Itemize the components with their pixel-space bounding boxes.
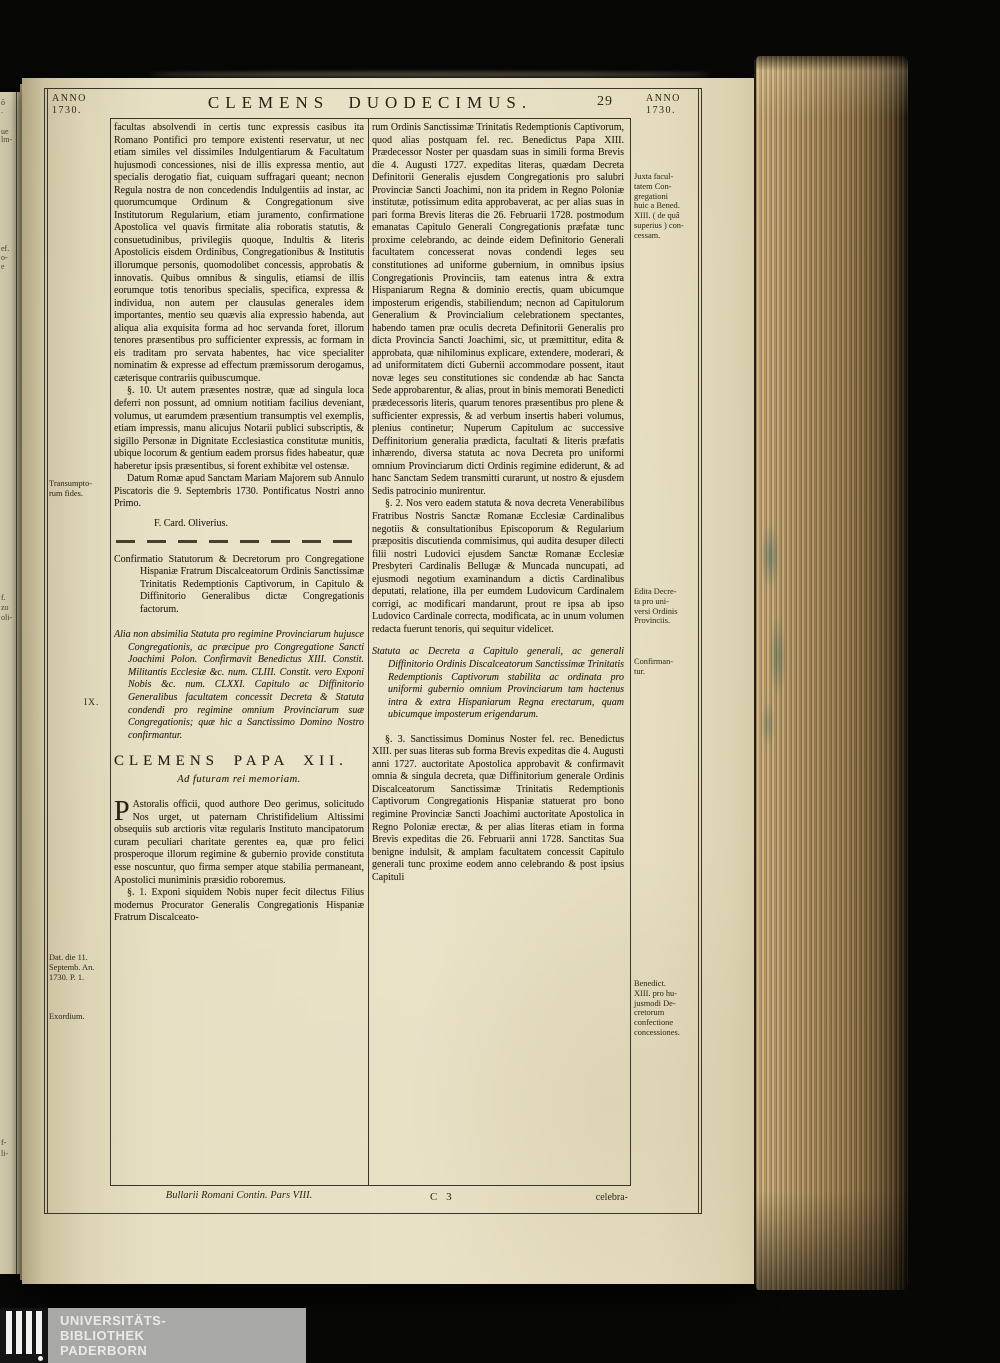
paragraph-dateline: Datum Romæ apud Sanctam Mariam Majorem s… (114, 473, 364, 511)
anno-left: ANNO 1730. (52, 93, 87, 117)
logo-line-3: PADERBORN (60, 1343, 166, 1358)
facing-page-fragment: li- (1, 1149, 18, 1158)
page-top-edge-highlight (150, 72, 710, 77)
facing-page-fragment: f. (1, 593, 18, 602)
left-column: facultas absolvendi in certis tunc expre… (114, 122, 364, 1184)
margin-note: Dat. die 11. Septemb. An. 1730. P. 1. (49, 953, 107, 982)
facing-page-strip: ō.uelm-ef.o-ef.zooli-f-li- (0, 92, 20, 1274)
outer-frame-top-rule (44, 88, 702, 89)
facing-page-fragment: o- (1, 253, 18, 262)
facing-page-fragment: f- (1, 1138, 18, 1147)
page-number: 29 (597, 94, 613, 110)
section-divider (116, 540, 362, 543)
library-logo: UNIVERSITÄTS- BIBLIOTHEK PADERBORN (0, 1308, 306, 1363)
volume-signature: Bullarii Romani Contin. Pars VIII. (114, 1190, 364, 1201)
paragraph-continuation: rum Ordinis Sanctissimæ Trinitatis Redem… (372, 122, 624, 498)
statuta-heading: Statuta ac Decreta a Capitulo generali, … (372, 646, 624, 721)
section-ix-heading: Confirmatio Statutorum & Decretorum pro … (114, 554, 364, 617)
margin-note: Transumpto- rum fides. (49, 479, 107, 499)
outer-frame-left-rule-inner (47, 88, 48, 1214)
margin-note: IX. (84, 699, 108, 709)
margin-note: Juxta facul- tatem Con- gregationi huic … (634, 172, 698, 241)
memoriam-line: Ad futuram rei memoriam. (114, 774, 364, 787)
margin-note: Edita Decre- ta pro uni- versi Ordinis P… (634, 587, 698, 626)
signature-line: F. Card. Oliverius. (114, 518, 364, 531)
paragraph-continuation: facultas absolvendi in certis tunc expre… (114, 122, 364, 385)
outer-frame-left-rule (44, 88, 45, 1214)
facing-page-fragment: oli- (1, 613, 18, 622)
facing-page-fragment: ef. (1, 244, 18, 253)
margin-note: Exordium. (49, 1012, 107, 1022)
textbox-right-rule (630, 118, 631, 1185)
editorial-summary: Alia non absimilia Statuta pro regimine … (114, 629, 364, 742)
gathering-mark: C 3 (430, 1191, 455, 1203)
paragraph-section-1: §. 1. Exponi siquidem Nobis nuper fecit … (114, 887, 364, 925)
margin-note: Confirman- tur. (634, 657, 698, 677)
textbox-top-rule (110, 118, 631, 119)
scanned-book-page-viewer: { "palette":{"paper":"#e9e1c6","ink":"#2… (0, 0, 1000, 1363)
running-title: CLEMENS DUODECIMUS. (110, 93, 630, 113)
anno-right: ANNO 1730. (646, 93, 681, 117)
logo-line-2: BIBLIOTHEK (60, 1328, 166, 1343)
textbox-bottom-rule (110, 1185, 631, 1186)
book-fore-edge (756, 56, 908, 1290)
paragraph-section-2: §. 2. Nos vero eadem statuta & nova decr… (372, 498, 624, 636)
catchword: celebra- (556, 1192, 628, 1203)
outer-frame-right-rule (701, 88, 702, 1214)
logo-line-1: UNIVERSITÄTS- (60, 1313, 166, 1328)
drop-cap-initial: P (114, 799, 133, 823)
paragraph-exordium: PAstoralis officii, quod authore Deo ger… (114, 799, 364, 887)
outer-frame-right-rule-inner (698, 88, 699, 1214)
facing-page-fragment: zo (1, 603, 18, 612)
logo-bars-icon (0, 1308, 48, 1363)
paragraph-section-10: §. 10. Ut autem præsentes nostræ, quæ ad… (114, 385, 364, 473)
facing-page-fragment: . (1, 106, 18, 115)
paragraph-section-3: §. 3. Sanctissimus Dominus Noster fel. r… (372, 734, 624, 885)
margin-note: Benedict. XIII. pro hu- jusmodi De- cret… (634, 979, 698, 1038)
outer-frame-bottom-rule (44, 1213, 702, 1214)
textbox-left-rule (110, 118, 111, 1185)
logo-text: UNIVERSITÄTS- BIBLIOTHEK PADERBORN (60, 1313, 166, 1358)
papal-heading: CLEMENS PAPA XII. (114, 755, 364, 768)
facing-page-fragment: e (1, 262, 18, 271)
facing-page-fragment: lm- (1, 135, 18, 144)
right-column: rum Ordinis Sanctissimæ Trinitatis Redem… (372, 122, 624, 1184)
column-divider-rule (368, 118, 369, 1185)
